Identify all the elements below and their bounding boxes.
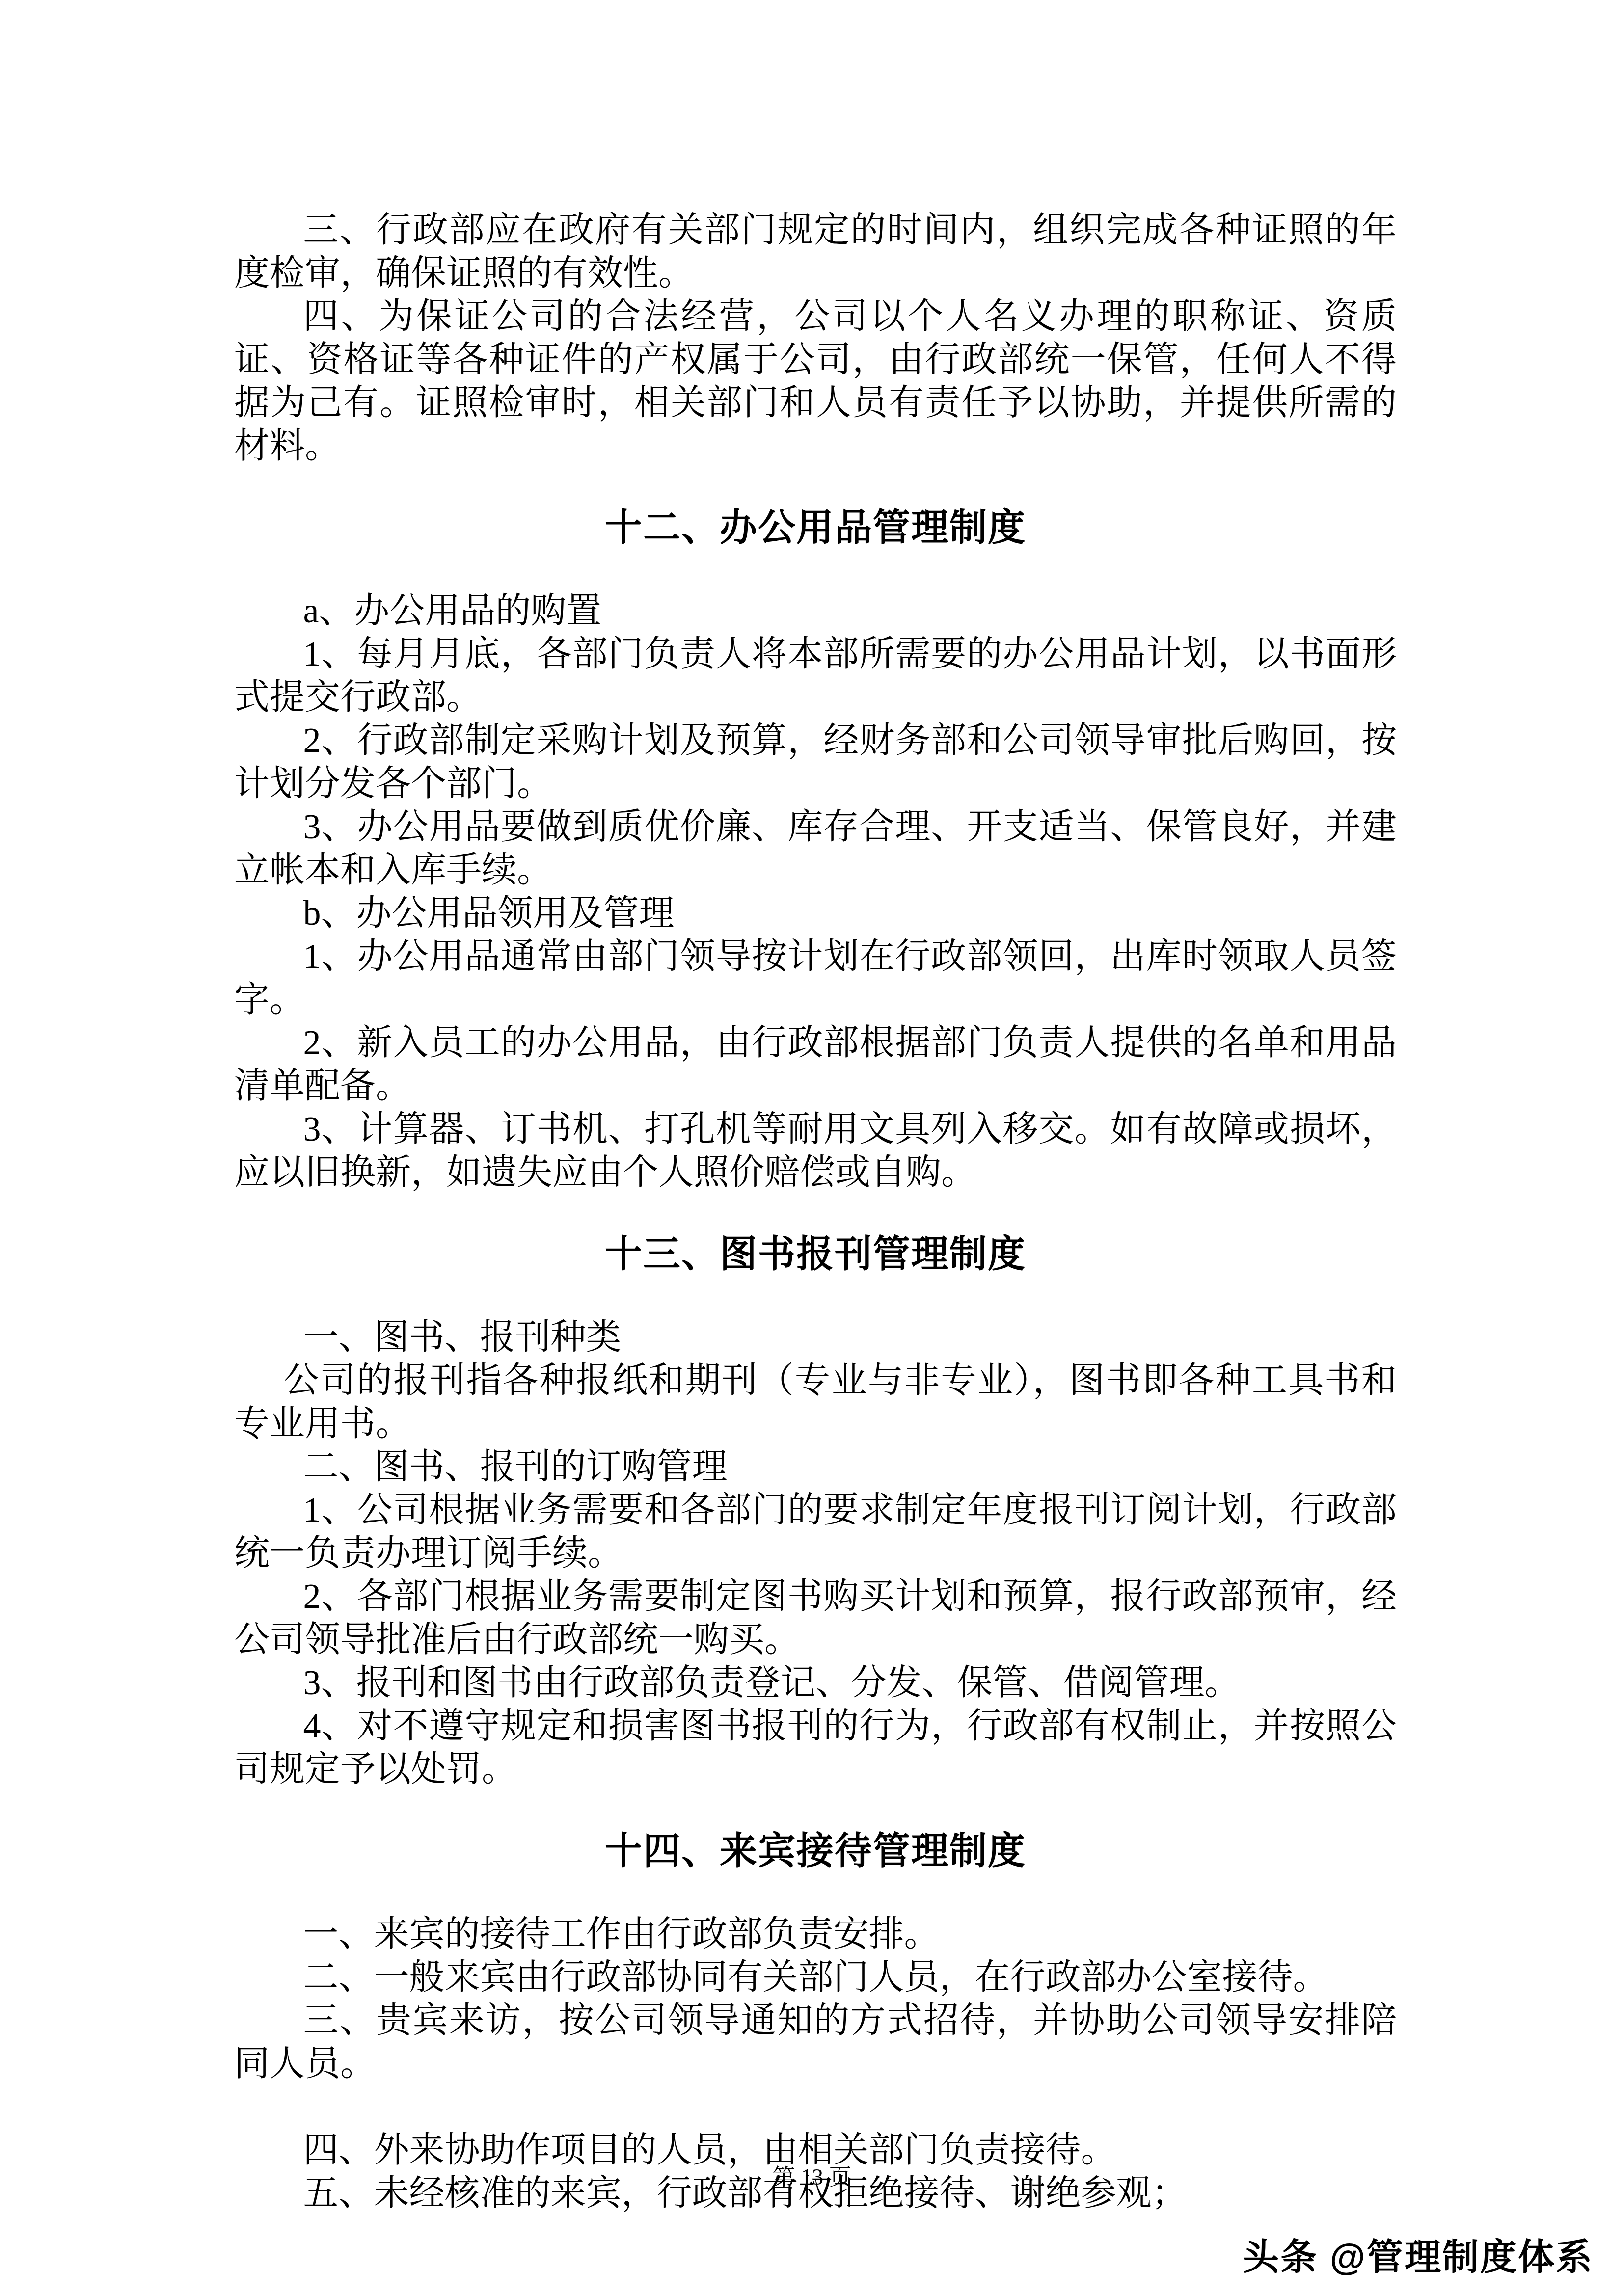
paragraph: 3、报刊和图书由行政部负责登记、分发、保管、借阅管理。 [234,1661,1397,1704]
paragraph: 3、办公用品要做到质优价廉、库存合理、开支适当、保管良好，并建立帐本和入库手续。 [234,805,1397,891]
paragraph: 二、图书、报刊的订购管理 [234,1445,1397,1488]
paragraph: b、办公用品领用及管理 [234,891,1397,934]
section-title-guest-reception: 十四、来宾接待管理制度 [234,1830,1397,1873]
intro-paragraph: 三、行政部应在政府有关部门规定的时间内，组织完成各种证照的年度检审，确保证照的有… [234,208,1397,294]
paragraph: 2、行政部制定采购计划及预算，经财务部和公司领导审批后购回，按计划分发各个部门。 [234,719,1397,805]
page-number: 第 13 页 [0,2163,1624,2191]
watermark: 头条 @管理制度体系 [1243,2235,1594,2279]
paragraph: a、办公用品的购置 [234,589,1397,632]
paragraph: 三、贵宾来访，按公司领导通知的方式招待，并协助公司领导安排陪同人员。 [234,1999,1397,2085]
paragraph: 一、图书、报刊种类 [234,1315,1397,1359]
paragraph: 1、公司根据业务需要和各部门的要求制定年度报刊订阅计划，行政部统一负责办理订阅手… [234,1488,1397,1575]
paragraph: 2、新入员工的办公用品，由行政部根据部门负责人提供的名单和用品清单配备。 [234,1021,1397,1107]
document-page: 三、行政部应在政府有关部门规定的时间内，组织完成各种证照的年度检审，确保证照的有… [0,0,1624,2296]
paragraph: 1、办公用品通常由部门领导按计划在行政部领回，出库时领取人员签字。 [234,934,1397,1021]
paragraph: 1、每月月底，各部门负责人将本部所需要的办公用品计划，以书面形式提交行政部。 [234,632,1397,719]
paragraph: 3、计算器、订书机、打孔机等耐用文具列入移交。如有故障或损坏，应以旧换新，如遗失… [234,1107,1397,1194]
document-content: 三、行政部应在政府有关部门规定的时间内，组织完成各种证照的年度检审，确保证照的有… [234,208,1397,2215]
paragraph: 公司的报刊指各种报纸和期刊（专业与非专业），图书即各种工具书和专业用书。 [234,1359,1397,1445]
section-title-office-supplies: 十二、办公用品管理制度 [234,507,1397,550]
section-title-books-periodicals: 十三、图书报刊管理制度 [234,1233,1397,1276]
paragraph: 一、来宾的接待工作由行政部负责安排。 [234,1912,1397,1955]
intro-paragraph: 四、为保证公司的合法经营，公司以个人名义办理的职称证、资质证、资格证等各种证件的… [234,294,1397,467]
paragraph: 二、一般来宾由行政部协同有关部门人员，在行政部办公室接待。 [234,1955,1397,1999]
paragraph: 4、对不遵守规定和损害图书报刊的行为，行政部有权制止，并按照公司规定予以处罚。 [234,1704,1397,1790]
paragraph: 2、各部门根据业务需要制定图书购买计划和预算，报行政部预审，经公司领导批准后由行… [234,1575,1397,1661]
